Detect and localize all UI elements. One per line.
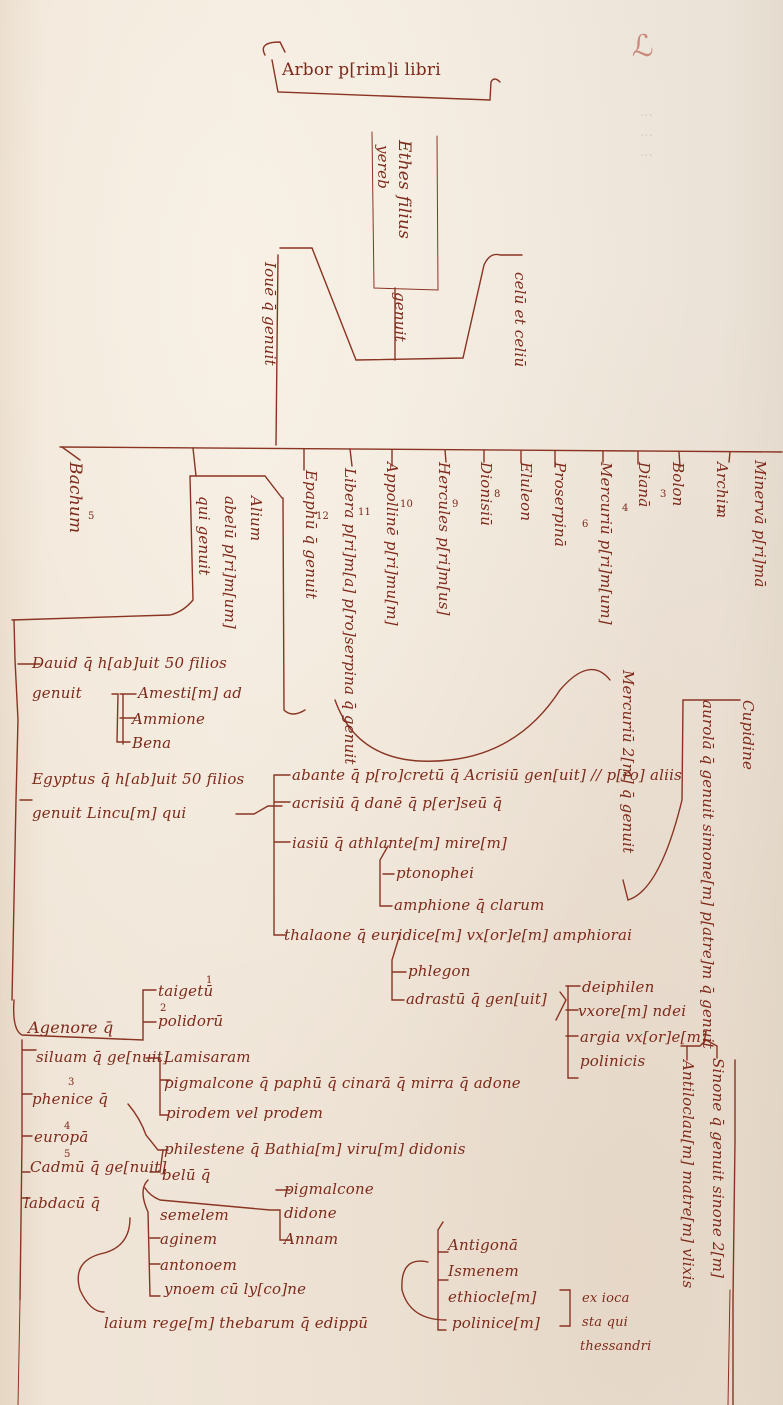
index-number: 1 [716,506,723,516]
node-eluleon: Eluleon [518,462,533,521]
node-ptonophei: ptonophei [396,866,474,881]
node-iasius: iasiū q̄ athlante[m] mire[m] [292,836,507,851]
index-number: 4 [622,504,629,514]
note-thessandri: thessandri [580,1340,651,1353]
manuscript-page: Arbor p[rim]i libri ℒ Ethes filius yereb… [0,0,783,1405]
node-polinicem: polinice[m] [452,1316,540,1331]
node-polinicis: polinicis [580,1054,645,1069]
node-cadmus: Cadmū q̄ ge[nuit] [30,1160,167,1175]
node-diana: Dianā [636,462,651,507]
node-siluam: siluam q̄ ge[nuit] [36,1050,169,1065]
node-ethes: Ethes filius [395,140,412,239]
node-egyptus-genuit: genuit Lincu[m] qui [32,806,186,821]
node-pigmalcone-paphum: pigmalcone q̄ paphū q̄ cinarā q̄ mirra q… [164,1076,521,1091]
node-mercurius-1: Mercuriū p[ri]m[um] [598,462,613,625]
node-polidorum: polidorū [158,1014,223,1029]
index-number: 3 [68,1078,75,1088]
node-sinone: Sinone q̄ genuit sinone 2[m] [710,1058,725,1278]
node-minerva: Minervā p[ri]mā [752,460,767,588]
node-amphione: amphione q̄ clarum [394,898,545,913]
node-laium: laium rege[m] thebarum q̄ edippū [104,1316,368,1331]
node-celum: celū et celiū [512,272,527,367]
node-ammione: Ammione [132,712,205,727]
node-bolon: Bolon [670,462,685,507]
node-belus: belū q̄ [162,1168,211,1183]
tree-connectors [0,0,783,1405]
index-number: 12 [316,512,329,522]
node-antonoem: antonoem [160,1258,237,1273]
node-uxorem-tydei: vxore[m] ndei [578,1004,686,1019]
index-number: 9 [452,500,459,510]
node-agenor: Agenore q̄ [28,1020,113,1036]
node-dauid-genuit: genuit [32,686,82,701]
bleed-through-text: ... [640,106,653,119]
index-number: 11 [358,508,371,518]
node-abelum: abelū p[ri]m[um] [222,496,237,629]
node-bena: Bena [132,736,171,751]
bleed-through-text: ... [640,146,653,159]
index-number: 8 [494,490,501,500]
node-aurola: aurolā q̄ genuit simone[m] p[atre]m q̄ g… [700,700,715,1049]
node-europa: europā [34,1130,88,1145]
node-qui-genuit: qui genuit [196,496,211,575]
node-yereb: yereb [375,145,390,189]
node-antigona: Antigonā [448,1238,518,1253]
node-dionisus: Dionisiū [478,462,493,526]
node-egyptus: Egyptus q̄ h[ab]uit 50 filios [32,772,244,787]
node-hercules: Hercules p[ri]m[us] [436,462,451,616]
node-proserpina: Proserpinā [552,462,567,547]
node-mercurius-2: Mercuriū 2[m] q̄ genuit [620,670,635,854]
node-acrisius: acrisiū q̄ danē q̄ p[er]seū q̄ [292,796,502,811]
node-didone: didone [284,1206,337,1221]
node-epaphus: Epaphū q̄ genuit [303,470,318,599]
node-apollo: Appollinē p[ri]mu[m] [384,462,399,626]
node-semelem: semelem [160,1208,229,1223]
index-number: 10 [400,500,413,510]
node-labdacus: labdacū q̄ [24,1196,100,1211]
index-number: 5 [88,512,95,522]
node-antiloclaum: Antiloclau[m] matre[m] vlixis [680,1060,695,1288]
node-abante: abante q̄ p[ro]cretū q̄ Acrisiū gen[uit]… [292,768,682,783]
node-ethioclem: ethiocle[m] [448,1290,537,1305]
index-number: 3 [660,490,667,500]
node-dauid: Dauid q̄ h[ab]uit 50 filios [32,656,227,671]
node-lamisaram: Lamisaram [164,1050,251,1065]
node-pirodem: pirodem vel prodem [166,1106,323,1121]
node-genuit: genuit [392,292,407,342]
node-ynoem: ynoem cū ly[co]ne [164,1282,306,1297]
node-alium: Alium [248,496,263,541]
corner-mark: ℒ [632,32,654,62]
node-adrastus: adrastū q̄ gen[uit] [406,992,547,1007]
note-sta-qui: sta qui [582,1316,628,1329]
node-cupidine: Cupidine [740,700,755,770]
node-taigetum: taigetū [158,984,213,999]
note-ex-ioca: ex ioca [582,1292,630,1305]
node-thalaone: thalaone q̄ euridice[m] vx[or]e[m] amphi… [284,928,632,943]
node-phlegon: phlegon [408,964,471,979]
node-amestim: Amesti[m] ad [138,686,242,701]
node-annam: Annam [284,1232,338,1247]
node-iove: Iouē q̄ genuit [262,262,277,366]
node-bachum: Bachum [66,462,83,533]
node-ismenem: Ismenem [448,1264,519,1279]
node-phenice: phenice q̄ [32,1092,108,1107]
node-aginem: aginem [160,1232,217,1247]
node-deiphilen: deiphilen [582,980,654,995]
node-libera: Libera p[ri]m[a] p[ro]serpina q̄ genuit [342,468,357,765]
node-philestene: philestene q̄ Bathia[m] viru[m] didonis [164,1142,466,1157]
index-number: 6 [582,520,589,530]
bleed-through-text: ... [640,126,653,139]
tree-title: Arbor p[rim]i libri [282,62,441,79]
node-pigmalcone: pigmalcone [284,1182,374,1197]
node-argia: argia vx[or]e[m] [580,1030,707,1045]
